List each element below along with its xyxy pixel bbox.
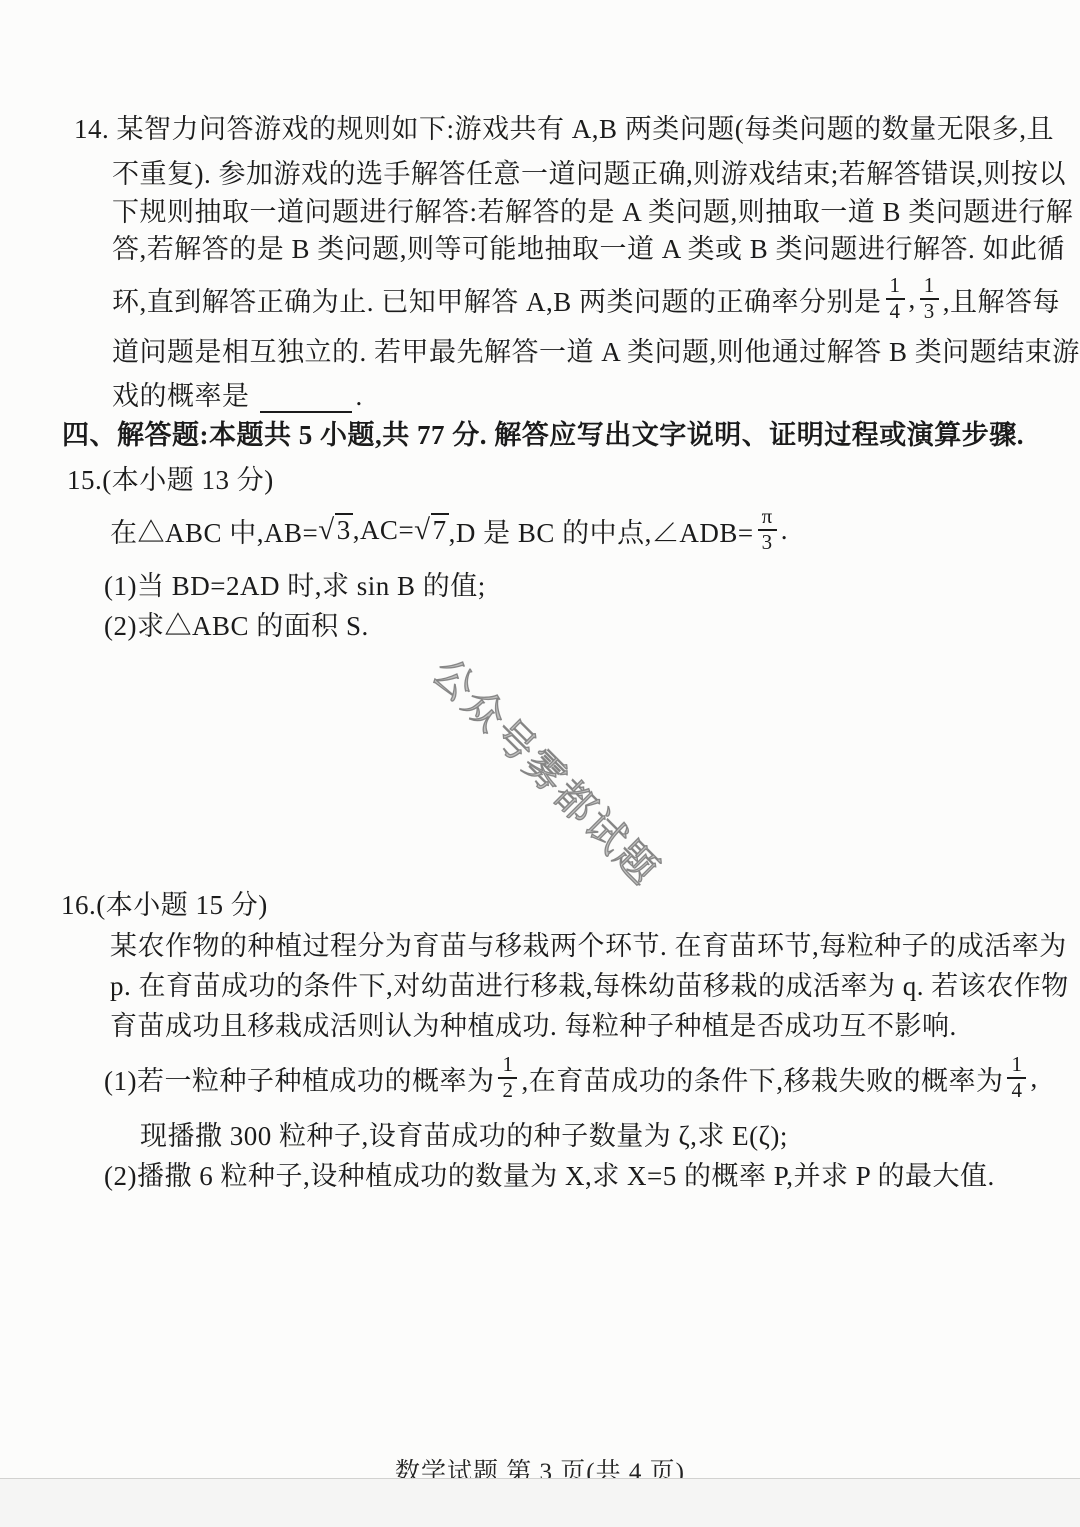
q15-statement: 在△ABC 中,AB=√3,AC=√7,D 是 BC 的中点,∠ADB= π 3… <box>110 500 788 560</box>
q15-header: 15.(本小题 13 分) <box>67 463 274 497</box>
q16-item-1: (1)若一粒种子种植成功的概率为 1 2 ,在育苗成功的条件下,移栽失败的概率为… <box>104 1048 1038 1108</box>
q14-line-2: 不重复). 参加游戏的选手解答任意一道问题正确,则游戏结束;若解答错误,则按以 <box>112 157 1066 191</box>
fraction-denominator: 3 <box>758 531 777 555</box>
q15-text-mid2: ,D 是 BC 的中点,∠ADB= <box>449 511 754 550</box>
q14-answer-prompt: 戏的概率是 <box>112 381 250 411</box>
fraction-denominator: 4 <box>886 300 905 324</box>
q16-header: 16.(本小题 15 分) <box>61 888 268 922</box>
q14-line-6: 道问题是相互独立的. 若甲最先解答一道 A 类问题,则他通过解答 B 类问题结束… <box>112 335 1080 369</box>
scan-edge-strip <box>0 1479 1080 1527</box>
fraction-denominator: 3 <box>920 300 939 324</box>
answer-blank <box>260 410 352 413</box>
sqrt-3: √3 <box>318 514 352 547</box>
radical-icon: √ <box>414 514 430 546</box>
q14-line-1: 14. 某智力问答游戏的规则如下:游戏共有 A,B 两类问题(每类问题的数量无限… <box>74 112 1054 146</box>
fraction-one-half: 1 2 <box>498 1053 517 1102</box>
q14-line-7: 戏的概率是. <box>112 379 363 413</box>
q15-text-mid1: ,AC= <box>353 515 414 546</box>
radical-icon: √ <box>318 514 334 546</box>
q16-line-1: 某农作物的种植过程分为育苗与移栽两个环节. 在育苗环节,每粒种子的成活率为 <box>110 929 1067 963</box>
q15-text-pre: 在△ABC 中,AB= <box>110 511 318 550</box>
q14-line-5: 环,直到解答正确为止. 已知甲解答 A,B 两类问题的正确率分别是 1 4 , … <box>112 270 1060 328</box>
q14-line5-comma: , <box>909 284 916 315</box>
radicand: 3 <box>335 513 353 545</box>
q16-item1-pre: (1)若一粒种子种植成功的概率为 <box>104 1059 494 1098</box>
q14-line7-period: . <box>356 381 363 411</box>
q16-line-3: 育苗成功且移栽成活则认为种植成功. 每粒种子种植是否成功互不影响. <box>110 1009 957 1043</box>
q14-line-3: 下规则抽取一道问题进行解答:若解答的是 A 类问题,则抽取一道 B 类问题进行解 <box>112 195 1073 229</box>
q14-line5-tail: ,且解答每 <box>943 280 1060 319</box>
radicand: 7 <box>431 513 449 545</box>
fraction-denominator: 4 <box>1007 1079 1026 1103</box>
fraction-one-third: 1 3 <box>920 274 939 323</box>
q15-item-1: (1)当 BD=2AD 时,求 sin B 的值; <box>104 569 486 603</box>
sqrt-7: √7 <box>414 514 448 547</box>
q14-line-4: 答,若解答的是 B 类问题,则等可能地抽取一道 A 类或 B 类问题进行解答. … <box>112 232 1065 266</box>
fraction-one-fourth: 1 4 <box>1007 1053 1026 1102</box>
q16-item-1-cont: 现播撒 300 粒种子,设育苗成功的种子数量为 ζ,求 E(ζ); <box>140 1119 788 1153</box>
q16-line-2: p. 在育苗成功的条件下,对幼苗进行移栽,每株幼苗移栽的成活率为 q. 若该农作… <box>110 969 1069 1003</box>
fraction-numerator: π <box>758 505 777 531</box>
fraction-numerator: 1 <box>1007 1053 1026 1079</box>
fraction-one-fourth: 1 4 <box>886 274 905 323</box>
q15-item-2: (2)求△ABC 的面积 S. <box>104 609 369 643</box>
fraction-numerator: 1 <box>886 274 905 300</box>
fraction-denominator: 2 <box>498 1079 517 1103</box>
q16-item-2: (2)播撒 6 粒种子,设种植成功的数量为 X,求 X=5 的概率 P,并求 P… <box>104 1159 995 1193</box>
q16-item1-mid: ,在育苗成功的条件下,移栽失败的概率为 <box>521 1059 1003 1098</box>
fraction-pi-thirds: π 3 <box>758 505 777 554</box>
q16-item1-post: , <box>1030 1063 1037 1094</box>
section-4-header: 四、解答题:本题共 5 小题,共 77 分. 解答应写出文字说明、证明过程或演算… <box>62 418 1024 452</box>
q14-line5-text: 环,直到解答正确为止. 已知甲解答 A,B 两类问题的正确率分别是 <box>112 280 882 319</box>
watermark-text: 公众号雾都试题 <box>421 643 674 896</box>
exam-page: { "page": { "watermark": "公众号雾都试题", "foo… <box>0 0 1080 1527</box>
q15-text-post: . <box>781 515 788 546</box>
fraction-numerator: 1 <box>920 274 939 300</box>
fraction-numerator: 1 <box>498 1053 517 1079</box>
